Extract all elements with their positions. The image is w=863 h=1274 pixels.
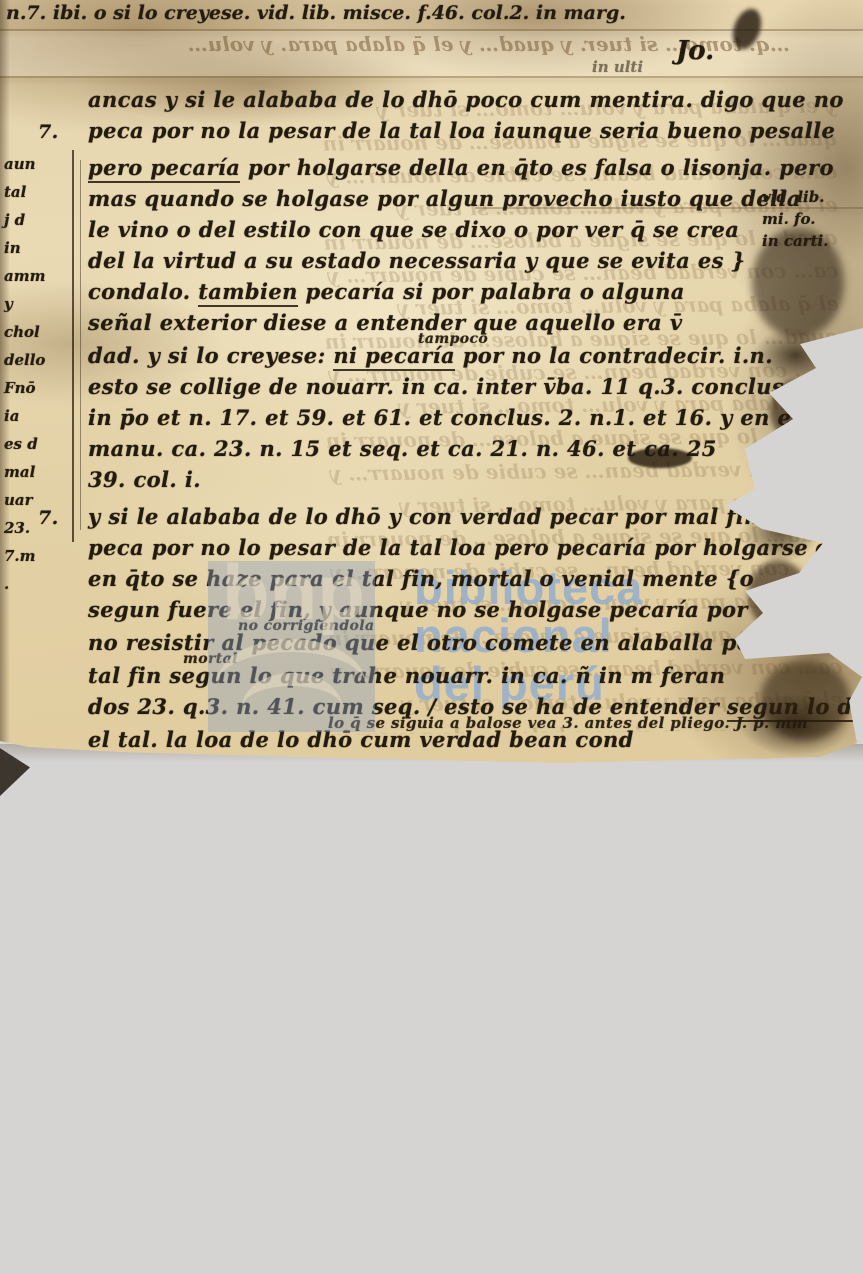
margin-note: 7.m <box>4 542 70 570</box>
margin-note: chol <box>4 318 70 346</box>
underlined-phrase: ni pecaría <box>333 343 455 371</box>
left-edge-shadow <box>0 0 10 745</box>
margin-note: in <box>4 234 70 262</box>
margin-note: . <box>4 570 70 598</box>
margin-note: vid. lib. <box>762 186 828 208</box>
manuscript-line: 7.peca por no la pesar de la tal loa iau… <box>88 115 828 146</box>
margin-note: aun <box>4 150 70 178</box>
margin-note: dello <box>4 346 70 374</box>
margin-note: mi. fo. <box>762 208 828 230</box>
bnp-logo-text: bnp <box>222 561 365 638</box>
manuscript-line: mas quando se holgase por algun provecho… <box>88 183 828 214</box>
margin-note: uar <box>4 486 70 514</box>
watermark-logo-square: bnp <box>208 561 375 732</box>
margin-note: j d <box>4 206 70 234</box>
left-margin-notes: auntalj dinammycholdelloFnōiaes dmaluar2… <box>4 150 70 598</box>
margin-note: amm <box>4 262 70 290</box>
margin-note: es d <box>4 430 70 458</box>
margin-note: mal <box>4 458 70 486</box>
margin-note: 23. <box>4 514 70 542</box>
manuscript-line: ancas y si le alababa de lo dhō poco cum… <box>88 84 828 115</box>
margin-note: y <box>4 290 70 318</box>
margin-note: Fnō <box>4 374 70 402</box>
scanned-manuscript-page: { "colors": { "background": "#d6d4d3", "… <box>0 0 863 1274</box>
torn-edge-burn-stains <box>713 320 863 760</box>
margin-note: ia <box>4 402 70 430</box>
manuscript-line: le vino o del estilo con que se dixo o p… <box>88 214 828 245</box>
manuscript-line: del la virtud a su estado necessaria y q… <box>88 245 828 276</box>
margin-rule-line <box>72 150 74 542</box>
manuscript-line: pero pecaría por holgarse della en q̄to … <box>88 152 828 183</box>
folio-corner-sub: in ulti <box>592 58 643 76</box>
margin-note: tal <box>4 178 70 206</box>
crease-line <box>0 76 863 78</box>
manuscript-fragment: …q. tomo… si tuer. y quad… y el q̄ alaba… <box>0 0 863 764</box>
margin-rule-line <box>80 160 81 530</box>
paragraph-number: 7. <box>38 117 59 148</box>
underlined-phrase: pero pecaría <box>88 155 240 183</box>
folio-corner-mark: Jo. <box>676 36 714 66</box>
manuscript-header-line: n.7. ibi. o si lo creyese. vid. lib. mis… <box>6 2 626 24</box>
ink-blot <box>628 448 692 468</box>
photo-stage: …q. tomo… si tuer. y quad… y el q̄ alaba… <box>0 0 863 1274</box>
manuscript-line: condalo. tambien pecaría si por palabra … <box>88 276 828 307</box>
underlined-phrase: tambien <box>198 279 298 307</box>
